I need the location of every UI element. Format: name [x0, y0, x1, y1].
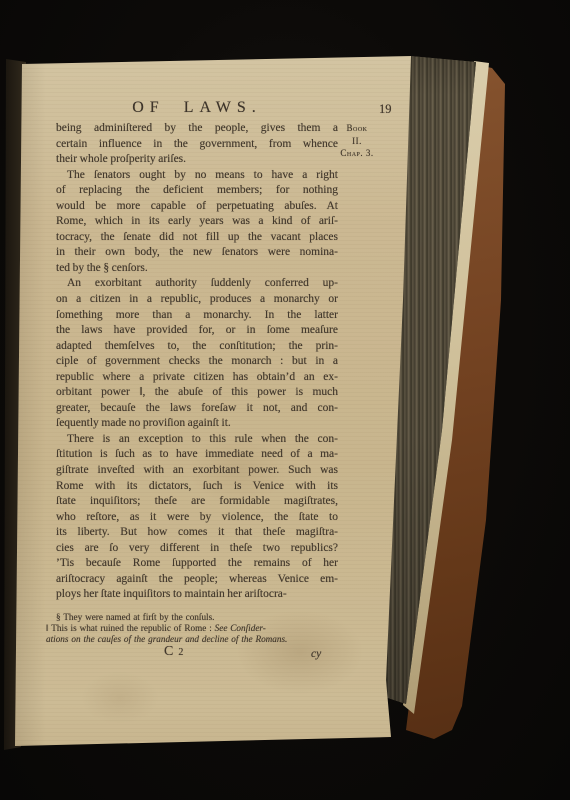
body-line: ſequently made no proviſion againſt it.	[56, 416, 338, 432]
book-photo: OF LAWS. 19 Book II. Chap. 3. being admi…	[0, 0, 570, 800]
body-line: greater, becauſe the laws foreſaw it not…	[56, 401, 338, 417]
body-line: ſtitution is ſuch as to have immediate n…	[56, 447, 338, 463]
footnote-line: ‖ This is what ruined the republic of Ro…	[46, 623, 340, 634]
body-line: ted by the § cenſors.	[56, 261, 338, 277]
body-line: of replacing the deficient members; for …	[56, 183, 338, 199]
footnotes: § They were named at firſt by the conſul…	[46, 612, 340, 644]
running-head: OF LAWS.	[56, 99, 338, 117]
body-line: adapted themſelves to, the conſtitution;…	[56, 339, 338, 355]
body-line: in their own body, the new ſenators were…	[56, 245, 338, 261]
body-line: who reſtore, as it were by violence, the…	[56, 510, 338, 526]
body-line: ciple of government checks the monarch :…	[56, 354, 338, 370]
signature-number: 2	[178, 647, 183, 658]
body-line: its liberty. But how comes it that theſe…	[56, 525, 338, 541]
body-line: orbitant power ‖, the abuſe of this powe…	[56, 385, 338, 401]
body-line: cies are ſo very different in theſe two …	[56, 541, 338, 557]
footnote-line: ations on the cauſes of the grandeur and…	[46, 634, 340, 645]
body-text: being adminiſtered by the people, gives …	[56, 121, 338, 603]
catchword: cy	[311, 648, 321, 660]
margin-note-book-number: II.	[330, 135, 384, 148]
body-line: tocracy, the ſenate did not fill up the …	[56, 230, 338, 246]
body-line: There is an exception to this rule when …	[56, 432, 338, 448]
body-line: the laws have provided for, or in ſome m…	[56, 323, 338, 339]
page-number: 19	[379, 102, 392, 117]
body-line: Rome with its dictators, ſuch is Venice …	[56, 479, 338, 495]
body-line: giſtrate inveſted with an exorbitant pow…	[56, 463, 338, 479]
body-line: ariſtocracy againſt the people; whereas …	[56, 572, 338, 588]
body-line: Rome, which in its early years was a kin…	[56, 214, 338, 230]
body-line: The ſenators ought by no means to have a…	[56, 168, 338, 184]
body-line: republic where a private citizen has obt…	[56, 370, 338, 386]
body-line: ’Tis becauſe Rome ſupported the remains …	[56, 556, 338, 572]
body-line: would be more capable of perpetuating ab…	[56, 199, 338, 215]
body-line: certain influence in the government, fro…	[56, 137, 338, 153]
margin-note-chapter: Chap. 3.	[330, 147, 384, 160]
margin-note-book: Book	[330, 122, 384, 135]
body-line: their whole proſperity ariſes.	[56, 152, 338, 168]
body-line: An exorbitant authority ſuddenly conferr…	[56, 276, 338, 292]
footnote-line: § They were named at firſt by the conſul…	[46, 612, 340, 623]
signature-mark: C2	[164, 644, 183, 660]
margin-note: Book II. Chap. 3.	[330, 122, 384, 160]
body-line: ſtate inquiſitors; theſe are formidable …	[56, 494, 338, 510]
body-line: being adminiſtered by the people, gives …	[56, 121, 338, 137]
body-line: ploys her ſtate inquiſitors to maintain …	[56, 587, 338, 603]
signature-letter: C	[164, 644, 173, 659]
body-line: on a citizen in a republic, produces a m…	[56, 292, 338, 308]
body-line: ſomething more than a monarchy. In the l…	[56, 308, 338, 324]
